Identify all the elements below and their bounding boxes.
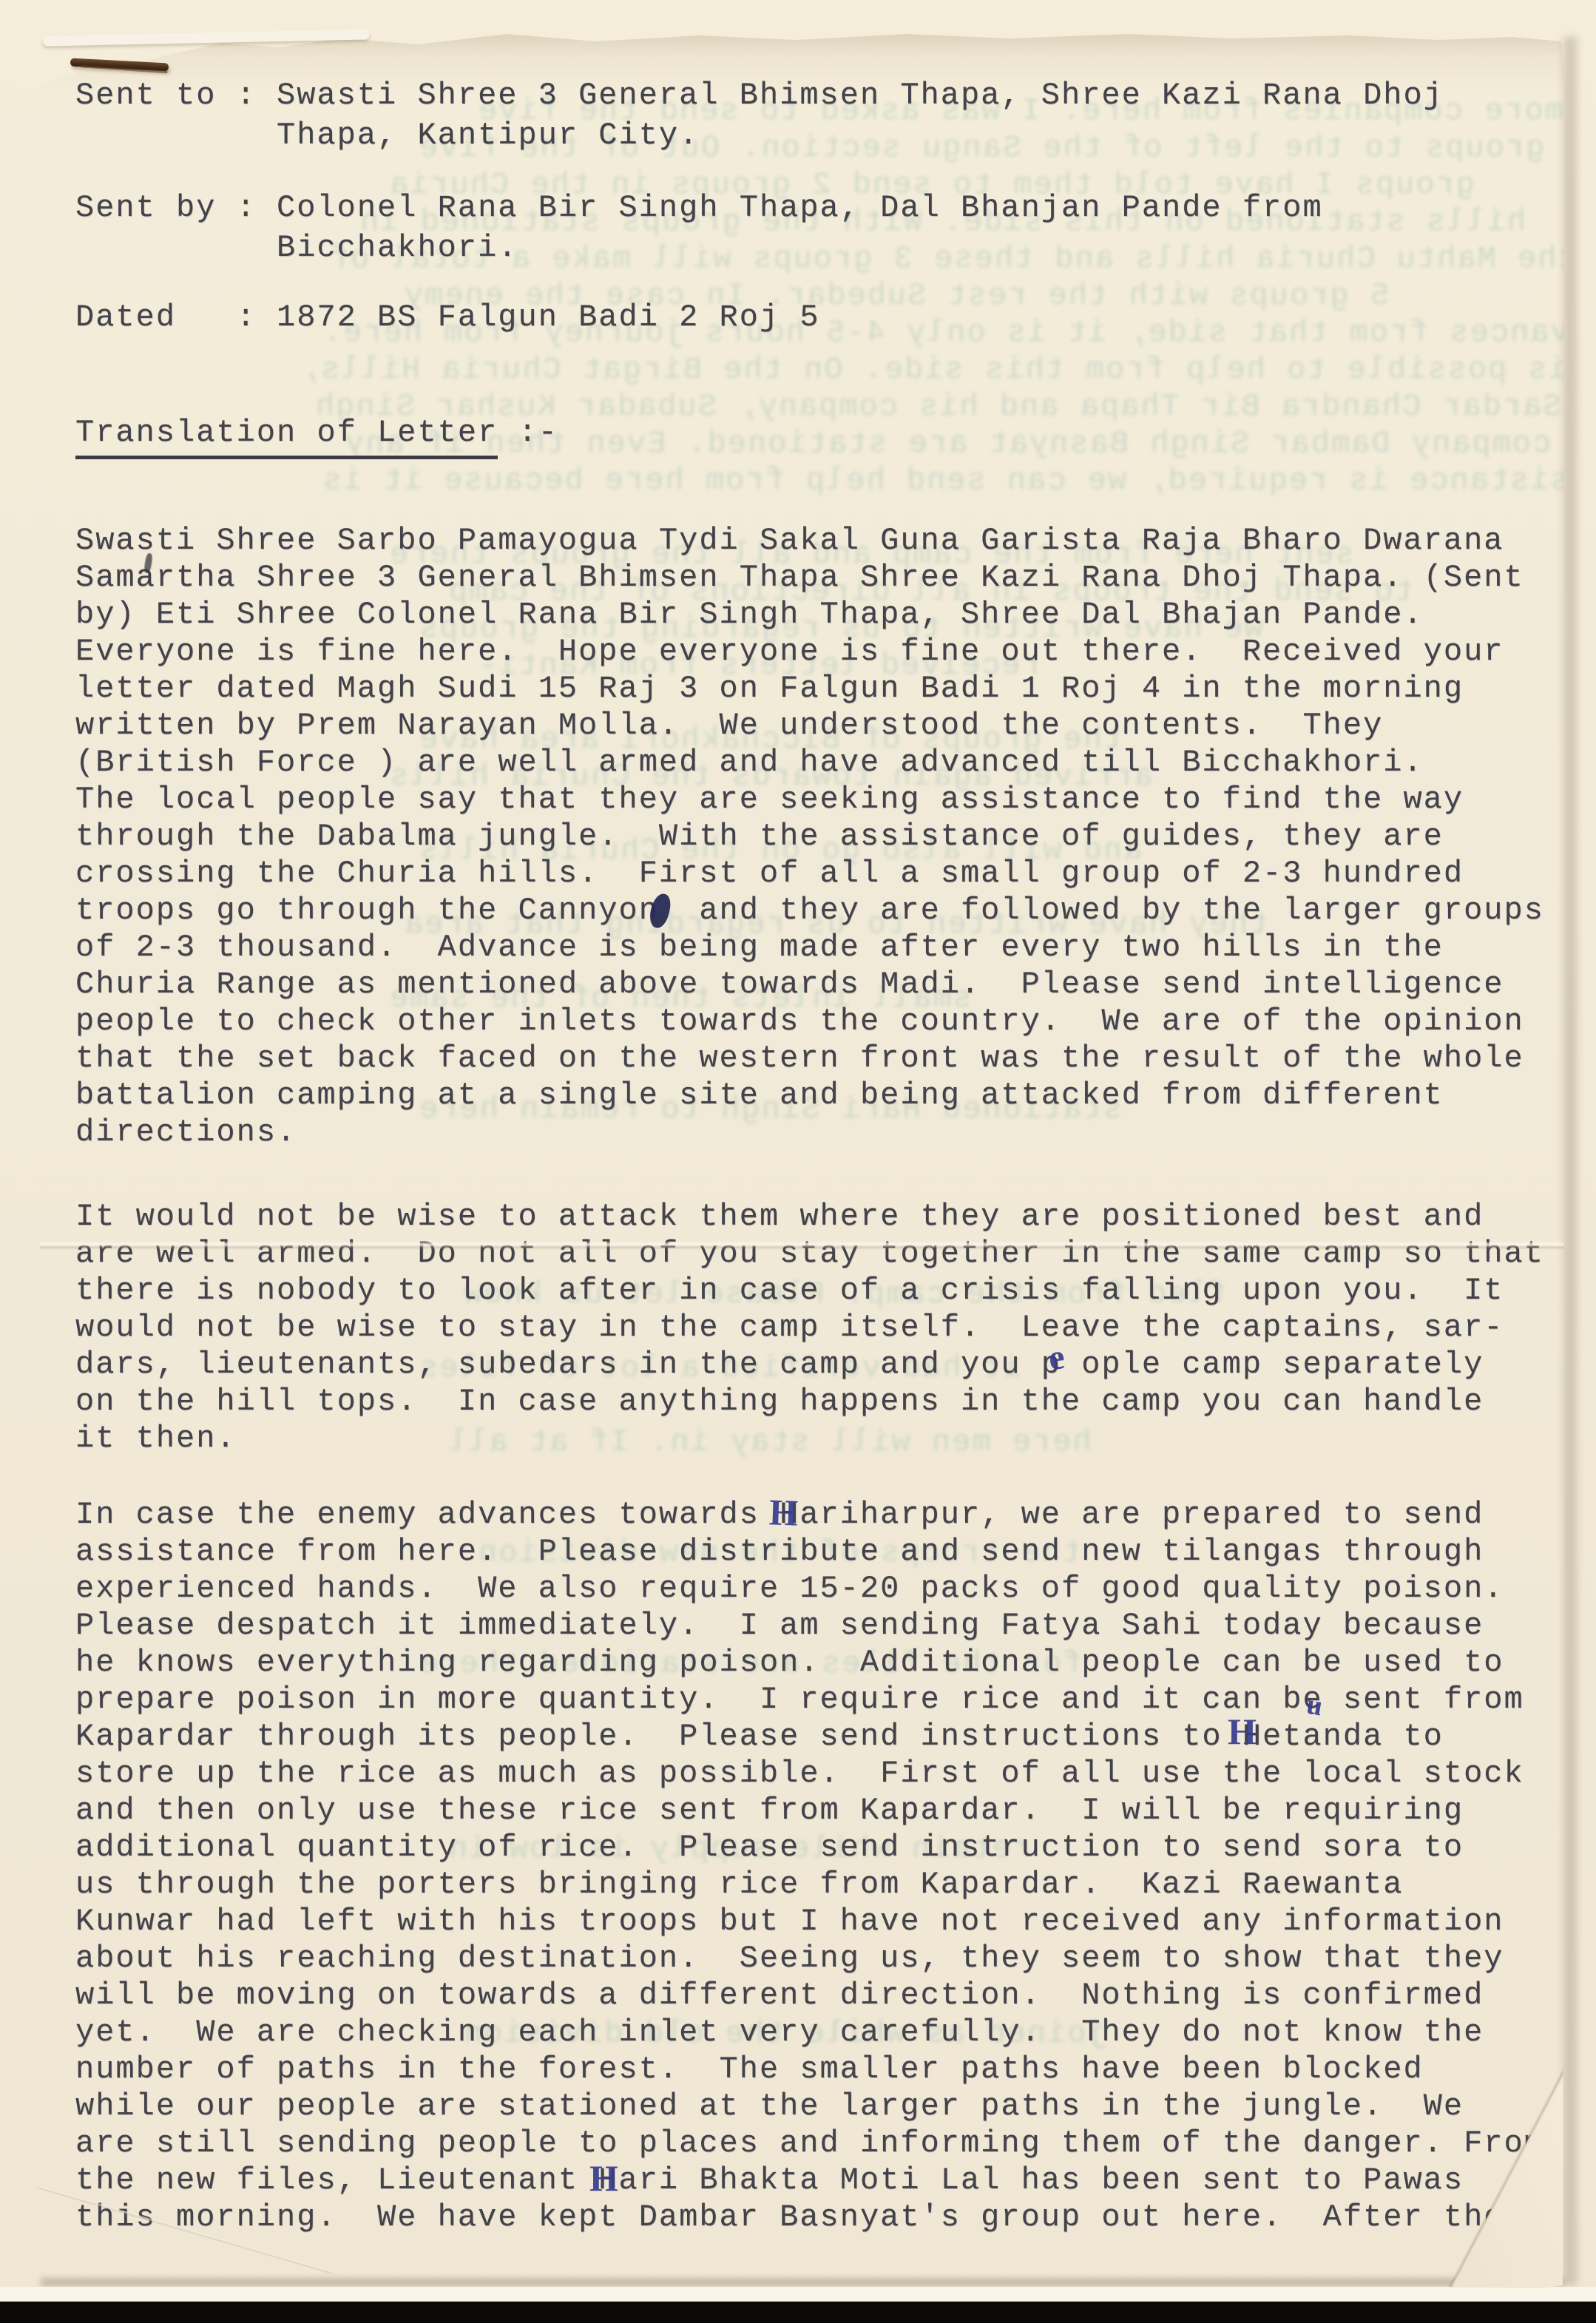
typed-line: he knows everything regarding poison. Ad… [75, 1644, 1544, 1681]
typed-line: the new files, Lieutenant Hari Bhakta Mo… [75, 2162, 1544, 2199]
typed-line: troops go through the Cannyon and they a… [75, 892, 1544, 929]
typed-line: crossing the Churia hills. First of all … [75, 855, 1544, 892]
typed-line: In case the enemy advances towards Harih… [75, 1496, 1544, 1533]
typed-line: store up the rice as much as possible. F… [75, 1755, 1544, 1792]
blue-h-hari: H [589, 2157, 618, 2199]
typed-line: on the hill tops. In case anything happe… [75, 1383, 1544, 1420]
typed-line: additional quantity of rice. Please send… [75, 1829, 1544, 1866]
typed-line: will be moving on towards a different di… [75, 1977, 1544, 2014]
text-block-heading: Translation of Letter :- [75, 413, 558, 453]
typed-line: while our people are stationed at the la… [75, 2088, 1544, 2125]
typed-line: number of paths in the forest. The small… [75, 2051, 1544, 2088]
typed-line: prepare poison in more quantity. I requi… [75, 1681, 1544, 1718]
heading-suffix: :- [498, 415, 558, 450]
typed-line: Samartha Shree 3 General Bhimsen Thapa S… [75, 559, 1544, 596]
scanner-black-band [0, 2302, 1596, 2323]
typed-line: and then only use these rice sent from K… [75, 1792, 1544, 1829]
typed-line: this morning. We have kept Dambar Basnya… [75, 2199, 1544, 2236]
typed-line: battalion camping at a single site and b… [75, 1077, 1544, 1114]
backing-sheet-edge [0, 2287, 1596, 2302]
scanned-letter-document: five more companies from here. I was ask… [0, 0, 1596, 2323]
typed-line: written by Prem Narayan Molla. We unders… [75, 707, 1544, 744]
typed-line: Kapardar through its people. Please send… [75, 1718, 1544, 1755]
letter-page: five more companies from here. I was ask… [33, 28, 1566, 2290]
blue-h-hetauda: H [1228, 1710, 1257, 1753]
typed-line: about his reaching destination. Seeing u… [75, 1940, 1544, 1977]
typed-line: of 2-3 thousand. Advance is being made a… [75, 929, 1544, 966]
typed-line: dars, lieutenants, subedars in the camp … [75, 1346, 1544, 1383]
text-block-para-2: It would not be wise to attack them wher… [75, 1198, 1544, 1457]
typed-line: Swasti Shree Sarbo Pamayogua Tydi Sakal … [75, 522, 1544, 559]
text-block-dated: Dated : 1872 BS Falgun Badi 2 Roj 5 [75, 297, 820, 337]
typed-line: it then. [75, 1420, 1544, 1457]
text-block-para-3: In case the enemy advances towards Harih… [75, 1496, 1544, 2236]
typed-line: Everyone is fine here. Hope everyone is … [75, 633, 1544, 670]
typed-line: assistance from here. Please distribute … [75, 1533, 1544, 1570]
typed-line: are still sending people to places and i… [75, 2125, 1544, 2162]
typed-line: people to check other inlets towards the… [75, 1003, 1544, 1040]
typed-line: that the set back faced on the western f… [75, 1040, 1544, 1077]
typed-line: directions. [75, 1114, 1544, 1151]
typed-line: letter dated Magh Sudi 15 Raj 3 on Falgu… [75, 670, 1544, 707]
typed-text-layer: Sent to : Swasti Shree 3 General Bhimsen… [75, 28, 1555, 2290]
typed-line: us through the porters bringing rice fro… [75, 1866, 1544, 1903]
typed-line: through the Dabalma jungle. With the ass… [75, 818, 1544, 855]
typed-line: (British Force ) are well armed and have… [75, 744, 1544, 781]
typed-line: by) Eti Shree Colonel Rana Bir Singh Tha… [75, 596, 1544, 633]
text-block-sent-to: Sent to : Swasti Shree 3 General Bhimsen… [75, 75, 1444, 155]
typed-line: Please despatch it immediately. I am sen… [75, 1607, 1544, 1644]
horizontal-crease [33, 1241, 1566, 1250]
section-heading: Translation of Letter :- [75, 413, 558, 453]
text-block-para-1: Swasti Shree Sarbo Pamayogua Tydi Sakal … [75, 522, 1544, 1151]
typed-line: would not be wise to stay in the camp it… [75, 1309, 1544, 1346]
typed-line: yet. We are checking each inlet very car… [75, 2014, 1544, 2051]
text-block-sent-by: Sent by : Colonel Rana Bir Singh Thapa, … [75, 188, 1323, 268]
typed-line: there is nobody to look after in case of… [75, 1272, 1544, 1309]
typed-line: Thapa, Kantipur City. [75, 115, 1444, 155]
typed-line: Dated : 1872 BS Falgun Badi 2 Roj 5 [75, 297, 820, 337]
typed-line: Bicchakhori. [75, 228, 1323, 268]
typed-line: It would not be wise to attack them wher… [75, 1198, 1544, 1235]
typed-line: The local people say that they are seeki… [75, 781, 1544, 818]
heading-underlined-text: Translation of Letter [75, 415, 498, 459]
typed-line: Kunwar had left with his troops but I ha… [75, 1903, 1544, 1940]
page-edge-shadow [1563, 37, 1577, 2285]
blue-h-hariharpur: H [768, 1490, 799, 1534]
typed-line: Churia Range as mentioned above towards … [75, 966, 1544, 1003]
typed-line: Sent to : Swasti Shree 3 General Bhimsen… [75, 75, 1444, 115]
typed-line: Sent by : Colonel Rana Bir Singh Thapa, … [75, 188, 1323, 228]
typed-line: experienced hands. We also require 15-20… [75, 1570, 1544, 1607]
